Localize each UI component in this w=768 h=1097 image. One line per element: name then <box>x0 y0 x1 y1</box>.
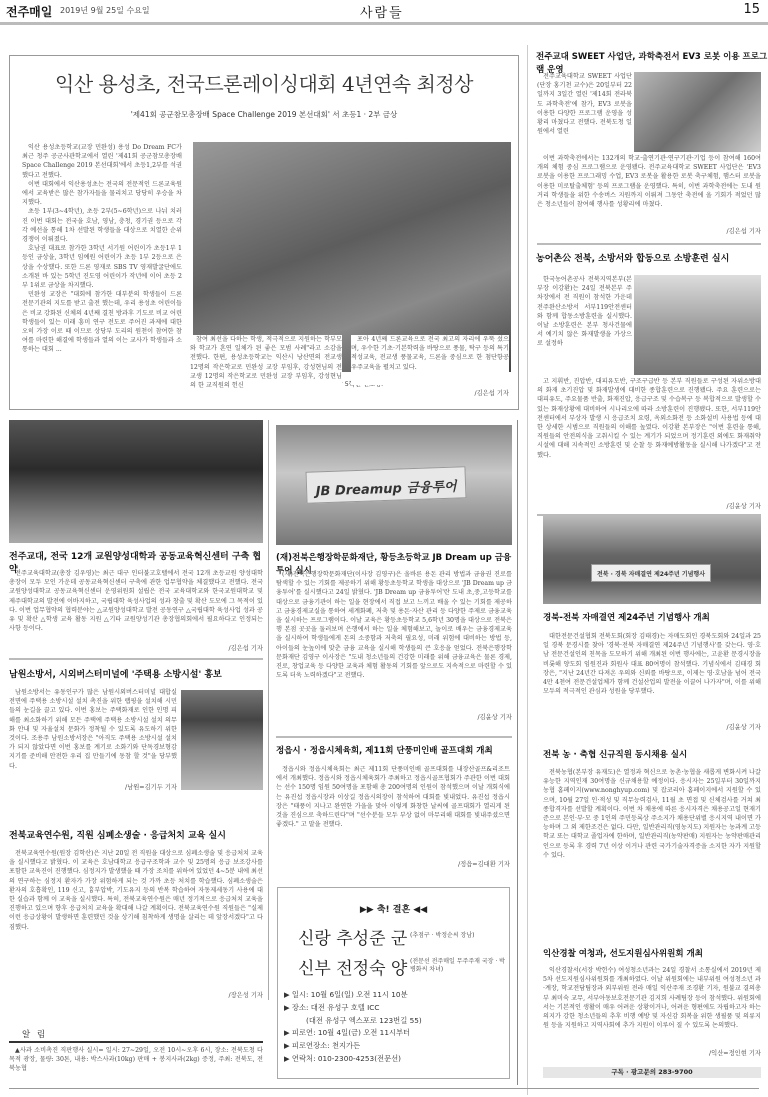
police-headline: 익산경찰 여청과, 선도지원심사위원회 개최 <box>543 948 768 961</box>
nh-body: 전북농협(본부장 유재도)은 열정과 혁신으로 농촌·농협을 새롭게 변화시켜 … <box>543 768 761 932</box>
sisterhood-body: 대한전문건설협회 전북도회(회장 김태경)는 자매도회인 경북도회와 24일과 … <box>543 632 761 724</box>
issue-date: 2019년 9월 25일 수요일 <box>60 5 150 16</box>
fire-drill-body-narrow: 한국농어촌공사 전북지역본부(본부장 이강환)는 24일 전북본부 주차장에서 … <box>537 275 632 375</box>
police-byline: /익산=정인현 기자 <box>543 1048 761 1057</box>
bride-parents: (전문선 전주매일 무주주재 국장 · 박병화씨 차녀) <box>410 958 505 974</box>
nh-headline: 전북 농 · 축협 신규직원 동시채용 실시 <box>543 749 768 762</box>
lead-headline: 익산 용성초, 전국드론레이싱대회 4년연속 최정상 <box>10 68 518 97</box>
sweet-byline: /김은섭 기자 <box>537 226 761 235</box>
fire-drill-byline: /김윤상 기자 <box>537 501 761 510</box>
namwon-headline: 남원소방서, 시외버스터미널에 '주택용 소방시설' 홍보 <box>9 669 269 682</box>
sweet-body-wide: 이번 과학축전에서는 132개의 학교·출연기관·연구기관·기업 등이 참여해 … <box>537 154 761 228</box>
sisterhood-byline: /김윤상 기자 <box>543 722 761 731</box>
section-divider <box>537 243 761 245</box>
namwon-byline: /남원=김기두 기자 <box>9 782 177 791</box>
wedding-date: ▶ 일시: 10월 6일(일) 오전 11시 10분 <box>284 989 506 1002</box>
column-divider <box>517 420 518 1085</box>
contact-phone: ▶ 연락처: 010-2300-4253(전문선) <box>284 1053 506 1066</box>
bottom-rule <box>9 1088 759 1089</box>
jbedu-byline: /장은성 기자 <box>9 990 263 999</box>
jb-dreamup-body: (재)전북은행장학문화재단(이사장 김영구)은 올바른 용돈 관리 방법과 금융… <box>276 570 512 712</box>
wedding-venue: ▶ 장소: 대전 유성구 호텔 ICC <box>284 1002 506 1015</box>
section-title: 사람들 <box>360 2 404 21</box>
jb-dreamup-byline: /김윤상 기자 <box>276 712 512 721</box>
lead-subheadline: '제41회 공군참모총장배 Space Challenge 2019 본선대회'… <box>10 109 518 120</box>
sisterhood-banner: 전북 · 경북 자매결연 제24주년 기념행사 <box>591 564 711 582</box>
notice-body: ▲사과 소비촉진 직판행사 실시= 일시: 27~29일, 오전 10시~오후 … <box>9 1046 263 1078</box>
fire-drill-body-wide: 고 지휘반, 진압반, 대피유도반, 구조구급반 등 본부 직원들로 구성된 자… <box>537 377 761 501</box>
sisterhood-headline: 경북-전북 자매결연 제24주년 기념행사 개최 <box>543 612 768 625</box>
jeongeup-byline: /정읍=김대환 기자 <box>276 859 510 868</box>
column-divider <box>527 45 528 1095</box>
jbedu-body: 전북교육연수원(원장 김학산)은 지난 20일 전 직원을 대상으로 심폐소생술… <box>9 849 263 991</box>
notice-rule <box>9 1041 263 1043</box>
section-divider <box>9 658 263 660</box>
jeongeup-body: 정읍시와 정읍시체육회는 최근 제11회 단풍미인배 골프대회를 내장산골프&리… <box>276 765 510 859</box>
lead-byline: /김은섭 기자 <box>351 388 509 397</box>
lead-body-col2: 참여 최선을 다하는 학생, 적극적으로 지원하는 학부모와 학교가 혼연 일체… <box>190 335 342 399</box>
edu-univ-photo <box>9 420 263 543</box>
reception-venue: ▶ 피로연장소: 천지가든 <box>284 1040 506 1053</box>
edu-univ-byline: /김은섭 기자 <box>9 643 263 652</box>
jeongeup-headline: 정읍시 · 정읍시체육회, 제11회 단풍미인배 골프대회 개최 <box>276 745 516 758</box>
wedding-announcement: ▶▶ 축! 결혼 ◀◀ 신랑 추성준 군 (추점구 · 박정순씨 장남) 신부 … <box>277 887 510 1079</box>
sweet-body-narrow: 전주교육대학교 SWEET 사업단(단장 홍기천 교수)은 20일부터 22일까… <box>537 72 632 152</box>
fire-drill-photo <box>634 275 761 375</box>
groom-name: 신랑 추성준 군 <box>298 924 407 949</box>
page-number: 15 <box>743 2 760 17</box>
column-divider <box>268 420 269 1000</box>
reception-date: ▶ 피로연: 10월 4일(금) 오전 11시부터 <box>284 1027 506 1040</box>
jb-dreamup-banner: JB Dreamup 금융투어 <box>305 466 466 504</box>
jb-dreamup-photo: JB Dreamup 금융투어 <box>276 425 512 545</box>
groom-parents: (추점구 · 박정순씨 장남) <box>410 932 505 940</box>
edu-univ-body: 전주교육대학교(총장 김우영)는 최근 대구 인터불고호텔에서 전국 12개 초… <box>9 569 263 643</box>
wedding-venue-address: (대전 유성구 엑스포로 123번길 55) <box>284 1015 506 1028</box>
masthead-rule <box>0 22 768 25</box>
sweet-photo <box>634 72 761 152</box>
section-divider <box>276 736 512 738</box>
wedding-details: ▶ 일시: 10월 6일(일) 오전 11시 10분 ▶ 장소: 대전 유성구 … <box>284 989 506 1066</box>
fire-drill-headline: 농어촌公 전북, 소방서와 합동으로 소방훈련 실시 <box>536 253 768 266</box>
namwon-photo <box>181 690 263 790</box>
sisterhood-photo: 전북 · 경북 자매결연 제24주년 기념행사 <box>543 516 761 604</box>
notice-heading: 알 림 <box>22 1028 47 1040</box>
jbedu-headline: 전북교육연수원, 직원 심폐소생술 · 응급처치 교육 실시 <box>9 830 269 843</box>
lead-body-col1: 익산 용성초등학교(교장 민완성) 용성 Do Dream FC가 최근 청주 … <box>22 143 182 398</box>
lead-body-col3: 포아 4년째 드론교육으로 전국 최고의 자리에 우뚝 섰으며, 우수한 기초·… <box>351 335 509 385</box>
masthead: 전주매일 2019년 9월 25일 수요일 사람들 15 <box>0 0 768 22</box>
wedding-heading: ▶▶ 축! 결혼 ◀◀ <box>278 902 509 915</box>
newspaper-brand: 전주매일 <box>6 3 52 20</box>
bride-name: 신부 전정숙 양 <box>298 954 407 979</box>
namwon-body: 남원소방서는 유동인구가 많은 남원시외버스터미널 대합실 전면에 주택용 소방… <box>9 688 177 784</box>
subscription-bar: 구독 · 광고문의 283-9700 <box>543 1067 761 1078</box>
